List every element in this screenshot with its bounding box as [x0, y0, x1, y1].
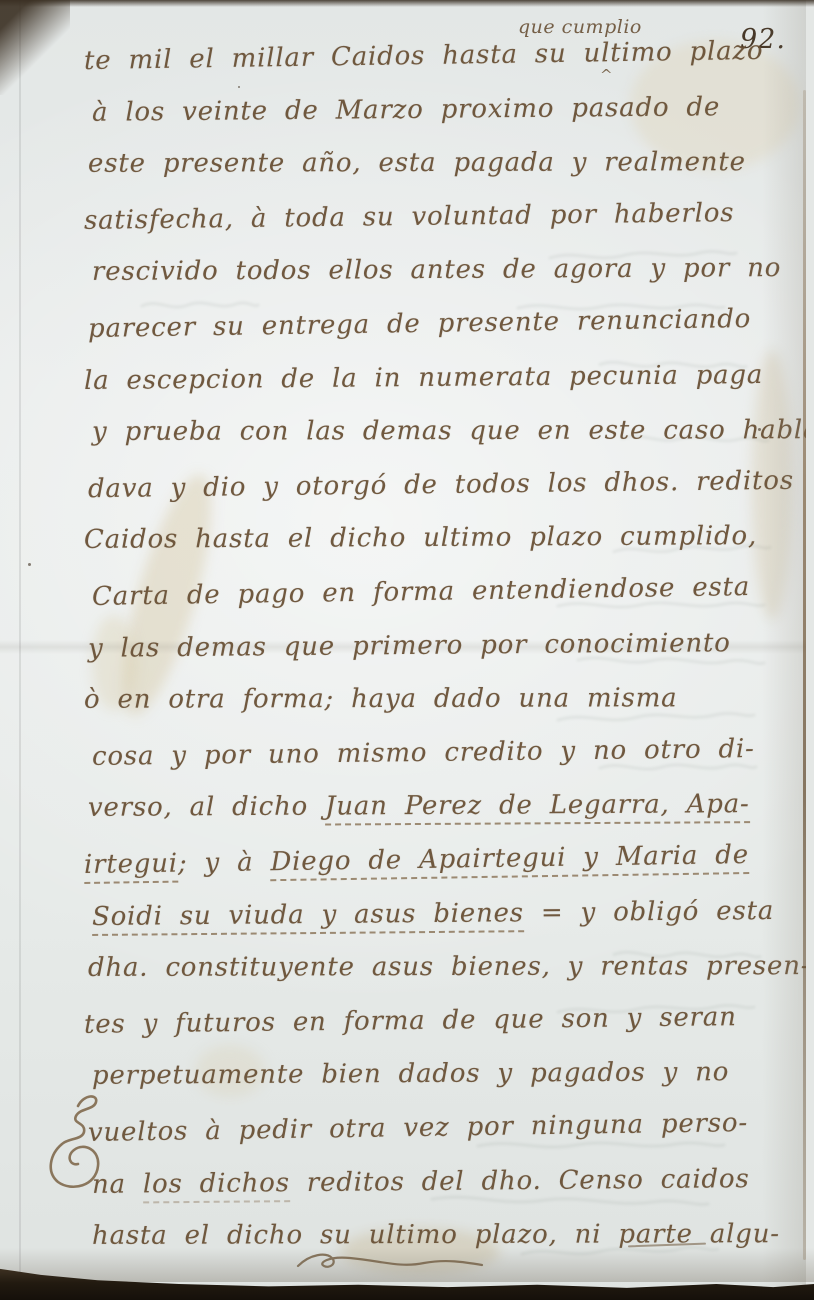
manuscript-line: rescivido todos ellos antes de agora y p…: [92, 253, 781, 287]
ink-speck: [28, 563, 31, 566]
interlinear-insertion: que cumplio: [518, 16, 642, 38]
manuscript-line: tes y futuros en forma de que son y sera…: [84, 1002, 737, 1040]
scan-top-left-corner: [0, 0, 70, 95]
text-segment: este presente año, esta pagada y realmen…: [88, 147, 746, 179]
text-segment: perpetuamente bien dados y pagados y no: [92, 1058, 729, 1092]
margin-rubric-paraph: [34, 1092, 110, 1196]
left-fold-line: [19, 0, 21, 1300]
text-segment: la escepcion de la in numerata pecunia p…: [84, 360, 763, 396]
scan-top-edge: [0, 0, 814, 7]
scan-right-band: [806, 0, 814, 1300]
manuscript-line: na los dichos reditos del dho. Censo cai…: [92, 1164, 750, 1200]
text-segment: dha. constituyente asus bienes, y rentas…: [88, 951, 810, 983]
manuscript-line: satisfecha, à toda su voluntad por haber…: [84, 198, 735, 236]
scan-bottom-shadow: [0, 1248, 814, 1282]
underlined-name-segment: Juan Perez de Legarra, Apa-: [325, 790, 750, 826]
manuscript-line: y prueba con las demas que en este caso …: [92, 415, 814, 447]
manuscript-line: Soidi su viuda y asus bienes = y obligó …: [92, 896, 774, 932]
ink-speck: [238, 86, 240, 88]
underlined-name-segment: irtegui: [84, 849, 178, 884]
page-right-edge: [803, 90, 806, 1260]
text-segment: y prueba con las demas que en este caso …: [92, 415, 814, 447]
insertion-caret-mark: ^: [600, 66, 613, 84]
text-segment: reditos del dho. Censo caidos: [290, 1164, 750, 1198]
text-segment: y las demas que primero por conocimiento: [88, 628, 731, 664]
manuscript-line: à los veinte de Marzo proximo pasado de: [92, 92, 720, 127]
text-segment: rescivido todos ellos antes de agora y p…: [92, 253, 781, 287]
text-segment: Caidos hasta el dicho ultimo plazo cumpl…: [84, 522, 757, 556]
scan-right-shadow: [762, 0, 806, 1300]
manuscript-line: ò en otra forma; haya dado una misma: [84, 683, 678, 714]
text-segment: ; y à: [178, 847, 271, 878]
text-segment: dava y dio y otorgó de todos los dhos. r…: [88, 466, 794, 504]
manuscript-line: dava y dio y otorgó de todos los dhos. r…: [88, 466, 794, 504]
text-segment: = y obligó esta: [524, 896, 775, 928]
manuscript-line: este presente año, esta pagada y realmen…: [88, 147, 746, 179]
manuscript-line: verso, al dicho Juan Perez de Legarra, A…: [88, 790, 750, 824]
manuscript-line: perpetuamente bien dados y pagados y no: [92, 1058, 729, 1092]
manuscript-line: irtegui; y à Diego de Apairtegui y Maria…: [84, 840, 749, 880]
underlined-name-segment: los dichos: [143, 1168, 290, 1203]
text-segment: satisfecha, à toda su voluntad por haber…: [84, 198, 735, 236]
manuscript-line: hasta el dicho su ultimo plazo, ni parte…: [92, 1219, 780, 1251]
text-segment: ò en otra forma; haya dado una misma: [84, 683, 678, 714]
text-segment: hasta el dicho su ultimo plazo, ni parte…: [92, 1219, 780, 1251]
manuscript-line: Caidos hasta el dicho ultimo plazo cumpl…: [84, 522, 757, 556]
text-segment: à los veinte de Marzo proximo pasado de: [92, 92, 720, 127]
text-segment: tes y futuros en forma de que son y sera…: [84, 1002, 737, 1040]
text-segment: verso, al dicho: [88, 792, 325, 823]
manuscript-line: y las demas que primero por conocimiento: [88, 628, 731, 664]
manuscript-line: dha. constituyente asus bienes, y rentas…: [88, 951, 810, 983]
manuscript-line: la escepcion de la in numerata pecunia p…: [84, 360, 763, 396]
underlined-name-segment: Soidi su viuda y asus bienes: [92, 898, 524, 936]
manuscript-page: 92. que cumplio ^ te mil el millar Caido…: [0, 0, 814, 1300]
underlined-name-segment: Diego de Apairtegui y Maria de: [270, 840, 749, 881]
